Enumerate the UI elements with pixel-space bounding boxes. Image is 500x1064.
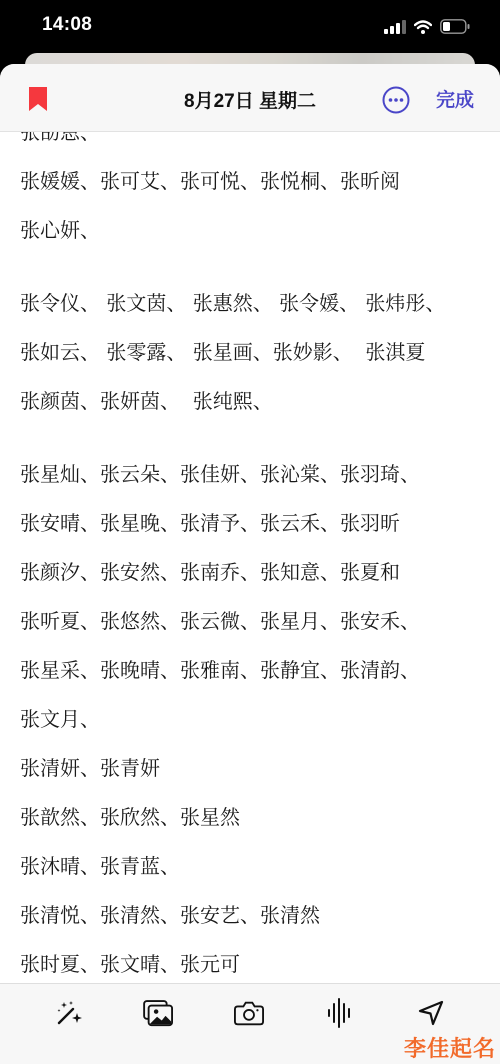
- note-line: 张如云、 张零露、 张星画、张妙影、 张淇夏: [20, 328, 490, 377]
- note-line: 张颜汐、张安然、张南乔、张知意、张夏和: [20, 548, 490, 597]
- battery-icon: [440, 19, 470, 38]
- note-line: 张令仪、 张文茵、 张惠然、 张令媛、 张炜彤、: [20, 279, 490, 328]
- cellular-signal-icon: [384, 19, 406, 38]
- note-blank-line: [20, 255, 490, 279]
- location-arrow-icon[interactable]: [416, 998, 446, 1028]
- done-button[interactable]: 完成: [436, 85, 474, 112]
- status-bar: 14:08: [0, 0, 500, 52]
- note-line: 张沐晴、张青蓝、: [20, 842, 490, 891]
- note-line: 张清妍、张青妍: [20, 744, 490, 793]
- note-line: 张星采、张晚晴、张雅南、张静宜、张清韵、: [20, 646, 490, 695]
- note-line: 张清悦、张清然、张安艺、张清然: [20, 891, 490, 940]
- watermark-text: 李佳起名: [404, 1032, 496, 1063]
- status-time: 14:08: [42, 14, 92, 36]
- photo-gallery-icon[interactable]: [143, 998, 173, 1028]
- wifi-icon: [414, 19, 432, 38]
- note-blank-line: [20, 426, 490, 450]
- note-line: 张安晴、张星晚、张清予、张云禾、张羽昕: [20, 499, 490, 548]
- more-options-icon[interactable]: [382, 86, 410, 114]
- note-line: 张心妍、: [20, 206, 490, 255]
- note-line: 张文月、: [20, 695, 490, 744]
- note-line: 张歆然、张欣然、张星然: [20, 793, 490, 842]
- camera-icon[interactable]: [234, 998, 264, 1028]
- note-body[interactable]: 张劭恩、 张媛媛、张可艾、张可悦、张悦桐、张昕阅 张心妍、 张令仪、 张文茵、 …: [20, 108, 490, 989]
- audio-waveform-icon[interactable]: [325, 998, 355, 1028]
- page-title: 8月27日 星期二: [0, 86, 500, 113]
- note-line: 张时夏、张文晴、张元可: [20, 940, 490, 989]
- note-sheet: 8月27日 星期二 完成 张劭恩、 张媛媛、张可艾、张可悦、张悦桐、张昕阅 张心…: [0, 64, 500, 1064]
- magic-wand-icon[interactable]: [54, 998, 84, 1028]
- note-line: 张听夏、张悠然、张云微、张星月、张安禾、: [20, 597, 490, 646]
- note-line: 张媛媛、张可艾、张可悦、张悦桐、张昕阅: [20, 157, 490, 206]
- note-line: 张星灿、张云朵、张佳妍、张沁棠、张羽琦、: [20, 450, 490, 499]
- status-icons: [384, 19, 470, 38]
- note-line: 张颜茵、张妍茵、 张纯熙、: [20, 377, 490, 426]
- nav-bar: 8月27日 星期二 完成: [0, 64, 500, 132]
